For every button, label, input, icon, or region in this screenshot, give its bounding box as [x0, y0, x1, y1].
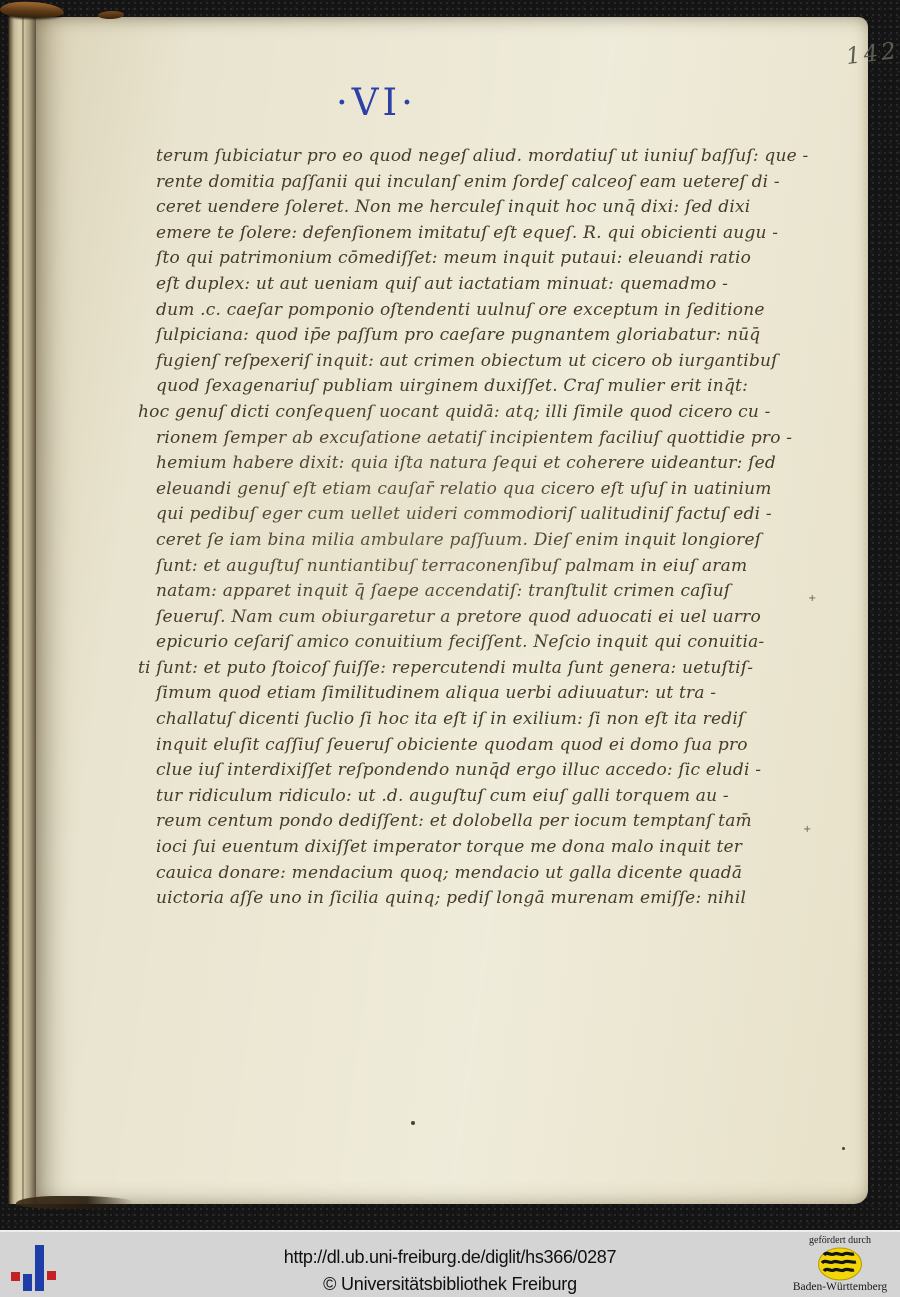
manuscript-line: ioci ſui euentum dixiſſet imperator torq…: [156, 837, 856, 863]
manuscript-line: ceret uendere ſoleret. Non me herculeſ i…: [156, 197, 856, 223]
manuscript-line: emere te ſolere: defenſionem imitatuſ eſ…: [156, 223, 856, 249]
funding-label: gefördert durch: [782, 1235, 898, 1246]
manuscript-line: ti ſunt: et puto ſtoicoſ fuiſſe: repercu…: [138, 658, 856, 684]
manuscript-line: hoc genuſ dicti conſequenſ uocant quidā:…: [138, 402, 856, 428]
manuscript-line: rente domitia paſſanii qui inculanſ enim…: [156, 172, 856, 198]
manuscript-line: quod ſexagenariuſ publiam uirginem duxiſ…: [156, 376, 856, 402]
copyright-notice: © Universitätsbibliothek Freiburg: [0, 1274, 900, 1295]
manuscript-line: hemium habere dixit: quia iſta natura ſe…: [156, 453, 856, 479]
manuscript-line: dum .c. caeſar pomponio oſtendenti uulnu…: [156, 300, 856, 326]
funding-block: gefördert durch Baden-Württemberg: [782, 1235, 898, 1293]
funding-organization: Baden-Württemberg: [782, 1281, 898, 1293]
leather-tailband: [16, 1196, 134, 1209]
book-page-edges: [8, 16, 39, 1204]
scan-viewport: 142 ·VI· terum ſubiciatur pro eo quod ne…: [0, 0, 900, 1297]
manuscript-line: eleuandi genuſ eſt etiam cauſar̄ relatio…: [156, 479, 856, 505]
manuscript-line: ceret ſe iam bina milia ambulare paſſuum…: [156, 530, 856, 556]
manuscript-line: qui pedibuſ eger cum uellet uideri commo…: [156, 504, 856, 530]
chapter-numeral: ·VI·: [336, 81, 417, 124]
manuscript-line: clue iuſ interdixiſſet reſpondendo nunq̄…: [156, 760, 856, 786]
manuscript-line: ſimum quod etiam ſimilitudinem aliqua ue…: [156, 683, 856, 709]
manuscript-line: challatuſ dicenti ſuclio ſi hoc ita eſt …: [156, 709, 856, 735]
baden-wuerttemberg-crest-icon: [817, 1247, 863, 1281]
manuscript-line: natam: apparet inquit q̄ ſaepe accendati…: [156, 581, 856, 607]
manuscript-line: epicurio ceſariſ amico conuitium feciſſe…: [156, 632, 856, 658]
manuscript-page: 142 ·VI· terum ſubiciatur pro eo quod ne…: [36, 17, 868, 1204]
margin-mark: +: [803, 824, 811, 835]
manuscript-line: terum ſubiciatur pro eo quod negeſ aliud…: [156, 146, 856, 172]
ink-speck: [842, 1147, 845, 1150]
manuscript-line: tur ridiculum ridiculo: ut .d. auguſtuſ …: [156, 786, 856, 812]
manuscript-line: rionem ſemper ab excuſatione aetatiſ inc…: [156, 428, 856, 454]
manuscript-line: eſt duplex: ut aut ueniam quiſ aut iacta…: [156, 274, 856, 300]
document-url: http://dl.ub.uni-freiburg.de/diglit/hs36…: [0, 1247, 900, 1268]
manuscript-line: ſeueruſ. Nam cum obiurgaretur a pretore …: [156, 607, 856, 633]
manuscript-line: ſunt: et auguſtuſ nuntiantibuſ terracone…: [156, 556, 856, 582]
manuscript-line: uictoria aſſe uno in ſicilia quinq; pedi…: [156, 888, 856, 914]
manuscript-line: ſulpiciana: quod ip̄e paſſum pro caeſare…: [156, 325, 856, 351]
manuscript-line: reum centum pondo dediſſent: et dolobell…: [156, 811, 856, 837]
manuscript-line: fugienſ reſpexeriſ inquit: aut crimen ob…: [156, 351, 856, 377]
margin-mark: +: [808, 593, 816, 604]
manuscript-line: ſto qui patrimonium cōmediſſet: meum inq…: [156, 248, 856, 274]
ink-speck: [411, 1121, 415, 1125]
footer-text: http://dl.ub.uni-freiburg.de/diglit/hs36…: [0, 1247, 900, 1295]
manuscript-line: inquit eluſit caſſiuſ ſeueruſ obiciente …: [156, 735, 856, 761]
manuscript-text-block: terum ſubiciatur pro eo quod negeſ aliud…: [156, 146, 856, 914]
footer-bar: http://dl.ub.uni-freiburg.de/diglit/hs36…: [0, 1230, 900, 1297]
manuscript-line: cauica donare: mendacium quoq; mendacio …: [156, 863, 856, 889]
